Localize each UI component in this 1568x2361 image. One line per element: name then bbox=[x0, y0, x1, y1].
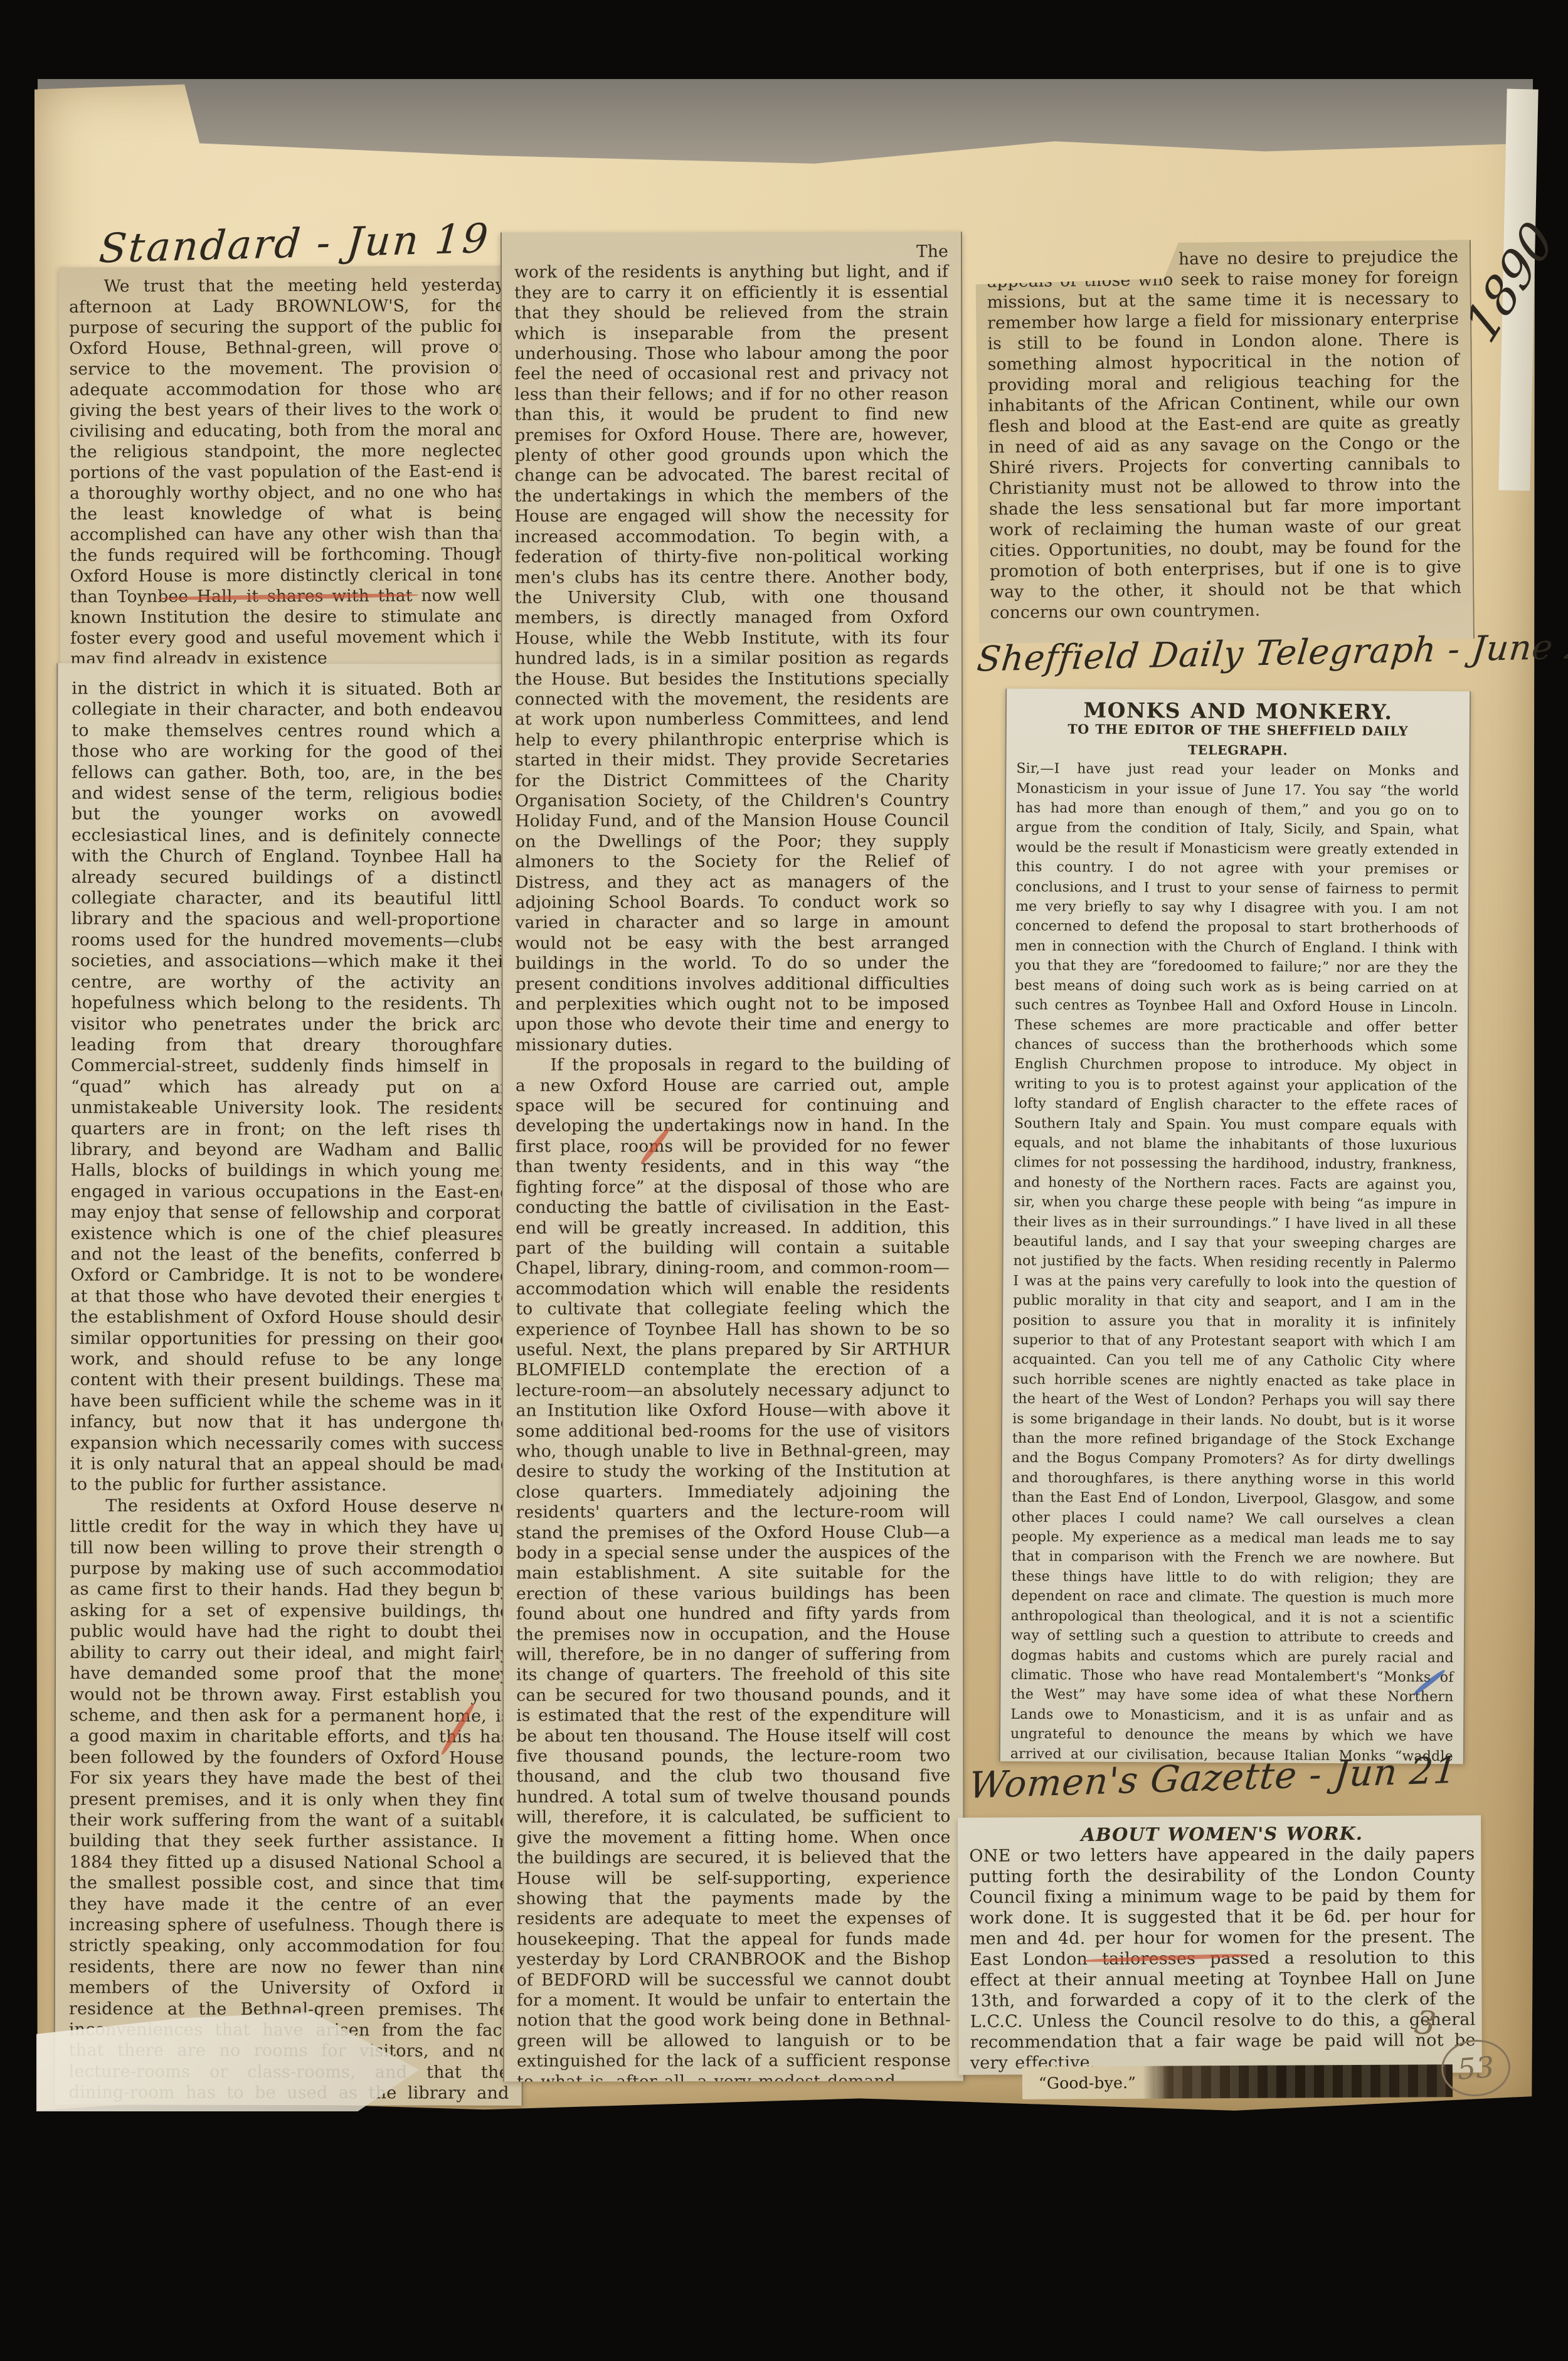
clipping-headline: MONKS AND MONKERY. bbox=[1017, 700, 1459, 723]
clipping-subheadline: TO THE EDITOR OF THE SHEFFIELD DAILY TEL… bbox=[1017, 719, 1459, 761]
illegible-smudged-text bbox=[1136, 2064, 1453, 2099]
clipping-about-womens-work: ABOUT WOMEN'S WORK. ONE or two letters h… bbox=[958, 1815, 1482, 2075]
clipping-standard-leader-part2: in the district in which it is situated.… bbox=[54, 663, 526, 2106]
clipping-text: ONE or two letters have appeared in the … bbox=[969, 1844, 1476, 2074]
clipping-text: We have no desire to prejudice the appea… bbox=[987, 246, 1462, 623]
clipping-text: in the district in which it is situated.… bbox=[70, 678, 512, 1496]
scrapbook-photograph: We trust that the meeting held yesterday… bbox=[0, 0, 1568, 2361]
clipping-missions-leader: We have no desire to prejudice the appea… bbox=[975, 240, 1475, 644]
clipping-bottom-fragment: “Good-bye.” bbox=[1022, 2064, 1453, 2099]
clipping-text: work of the residents is anything but li… bbox=[514, 262, 950, 1056]
clipping-text: We trust that the meeting held yesterday… bbox=[69, 275, 506, 669]
catchword: The bbox=[514, 242, 948, 263]
clipping-standard-leader-column2: The work of the residents is anything bu… bbox=[501, 231, 965, 2081]
clipping-text: Sir,—I have just read your leader on Mon… bbox=[1010, 759, 1459, 1764]
clipping-monks-and-monkery: MONKS AND MONKERY. TO THE EDITOR OF THE … bbox=[999, 689, 1471, 1764]
fragment-text: “Good-bye.” bbox=[1022, 2073, 1136, 2092]
clipping-text: If the proposals in regard to the buildi… bbox=[516, 1055, 951, 2082]
clipping-headline: ABOUT WOMEN'S WORK. bbox=[969, 1823, 1475, 1846]
clipping-standard-leader-part1: We trust that the meeting held yesterday… bbox=[59, 266, 519, 673]
